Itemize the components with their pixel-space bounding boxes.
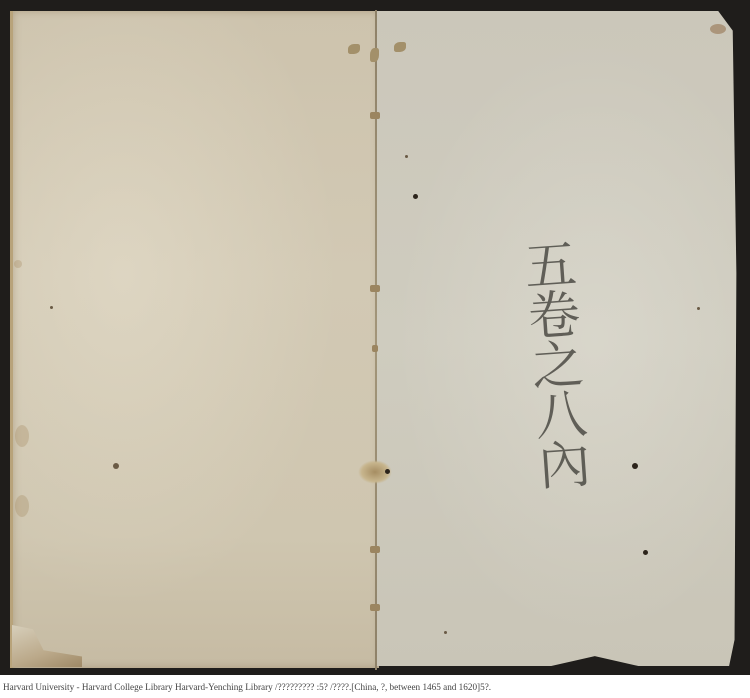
stain <box>710 24 726 34</box>
wormhole <box>113 463 119 469</box>
stain <box>15 425 29 447</box>
wormhole <box>632 463 638 469</box>
binding-stitch <box>370 285 380 292</box>
binding-stitch <box>370 112 380 119</box>
binding-mark <box>348 44 360 54</box>
wormhole <box>413 194 418 199</box>
wormhole <box>697 307 700 310</box>
wormhole <box>643 550 648 555</box>
wormhole <box>385 469 390 474</box>
wormhole <box>405 155 408 158</box>
wormhole <box>444 631 447 634</box>
stain <box>14 260 22 268</box>
binding-stitch <box>370 604 380 611</box>
binding-mark <box>394 42 406 52</box>
binding-stitch <box>370 546 380 553</box>
image-caption: Harvard University - Harvard College Lib… <box>3 682 747 696</box>
book-spine <box>375 10 377 670</box>
left-page <box>10 11 379 668</box>
binding-stitch <box>372 345 378 352</box>
wormhole <box>50 306 53 309</box>
binding-mark <box>370 48 379 62</box>
stain <box>15 495 29 517</box>
scanned-book-image: 五卷之八內 <box>0 0 750 675</box>
